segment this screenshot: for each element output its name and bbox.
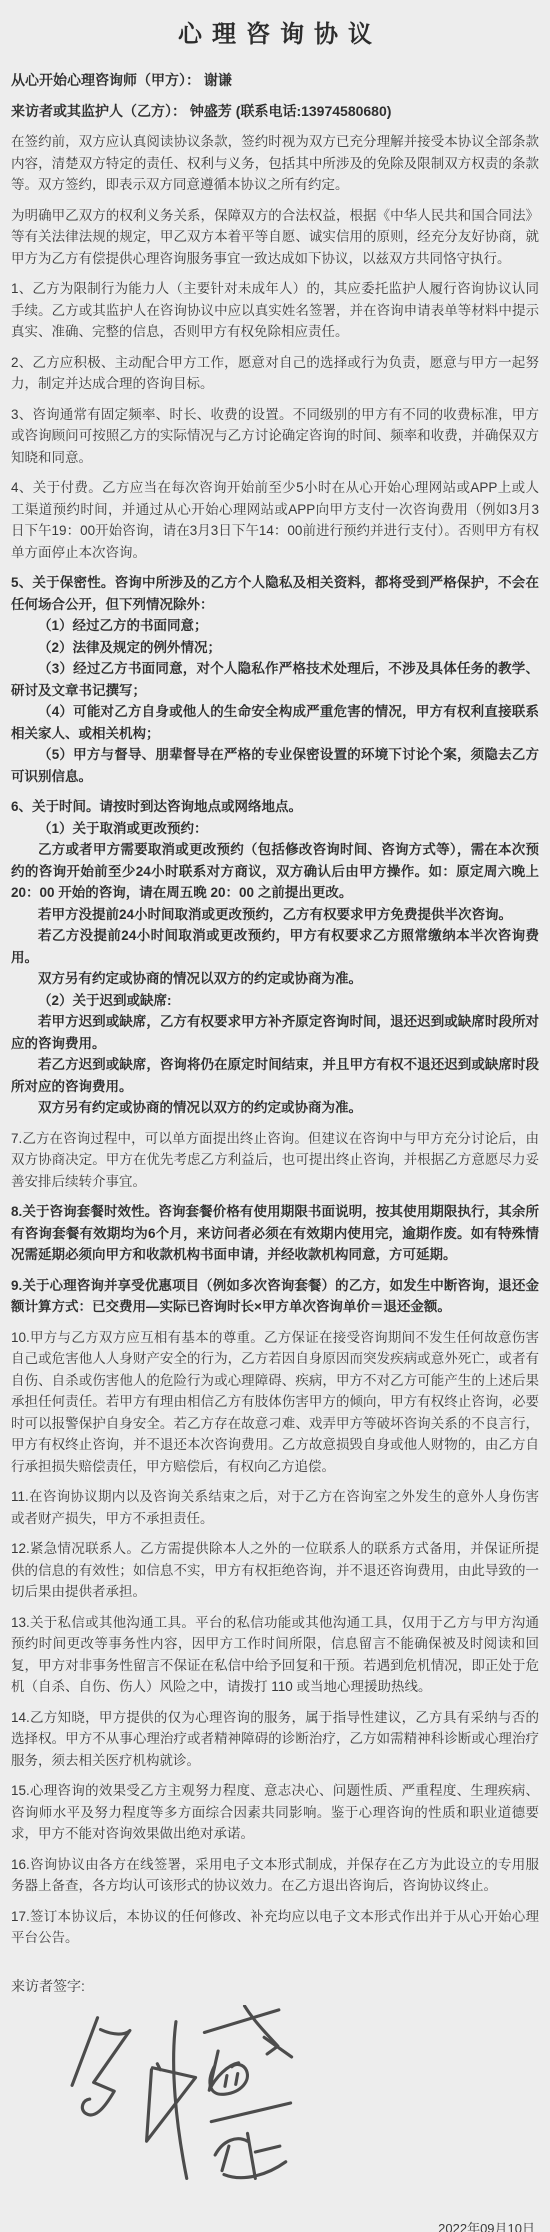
clause-paragraph: 1、乙方为限制行为能力人（主要针对未成年人）的，其应委托监护人履行咨询协议认同手… — [11, 278, 539, 343]
clause-paragraph: 11.在咨询协议期内以及咨询关系结束之后，对于乙方在咨询室之外发生的意外人身伤害… — [11, 1486, 539, 1529]
clause-paragraph: 15.心理咨询的效果受乙方主观努力程度、意志决心、问题性质、严重程度、生理疾病、… — [11, 1780, 539, 1845]
clause-paragraph: 5、关于保密性。咨询中所涉及的乙方个人隐私及相关资料，都将受到严格保护，不会在任… — [11, 572, 539, 615]
clause-paragraph: 若乙方迟到或缺席，咨询将仍在原定时间结束，并且甲方有权不退还迟到或缺席时段所对应… — [11, 1054, 539, 1097]
clause-paragraph: 在签约前，双方应认真阅读协议条款，签约时视为双方已充分理解并接受本协议全部条款内… — [11, 131, 539, 196]
party-b-line: 来访者或其监护人（乙方）： 钟盛芳 (联系电话:13974580680) — [11, 100, 539, 122]
clause-paragraph: 若乙方没提前24小时间取消或更改预约，甲方有权要求乙方照常缴纳本半次咨询费用。 — [11, 925, 539, 968]
clause-paragraph: 4、关于付费。乙方应当在每次咨询开始前至少5小时在从心开始心理网站或APP上或人… — [11, 477, 539, 563]
clause-paragraph: 7.乙方在咨询过程中，可以单方面提出终止咨询。但建议在咨询中与甲方充分讨论后，由… — [11, 1128, 539, 1193]
clause-paragraph: 12.紧急情况联系人。乙方需提供除本人之外的一位联系人的联系方式备用，并保证所提… — [11, 1538, 539, 1603]
clause-paragraph: （4）可能对乙方自身或他人的生命安全构成严重危害的情况，甲方有权利直接联系相关家… — [11, 701, 539, 744]
visitor-signature — [49, 2005, 301, 2203]
clause-paragraph: （2）法律及规定的例外情况； — [11, 637, 539, 659]
clause-paragraph: （1）关于取消或更改预约： — [11, 818, 539, 840]
clause-paragraph: 8.关于咨询套餐时效性。咨询套餐价格有使用期限书面说明，按其使用期限执行，其余所… — [11, 1201, 539, 1266]
clause-paragraph: 10.甲方与乙方双方应互相有基本的尊重。乙方保证在接受咨询期间不发生任何故意伤害… — [11, 1327, 539, 1478]
clause-paragraph: 6、关于时间。请按时到达咨询地点或网络地点。 — [11, 796, 539, 818]
party-a-line: 从心开始心理咨询师（甲方）： 谢谦 — [11, 69, 539, 91]
clause-paragraph: 若甲方没提前24小时间取消或更改预约，乙方有权要求甲方免费提供半次咨询。 — [11, 904, 539, 926]
clause-paragraph: 14.乙方知晓，甲方提供的仅为心理咨询的服务，属于指导性建议，乙方具有采纳与否的… — [11, 1707, 539, 1772]
clause-paragraph: 双方另有约定或协商的情况以双方的约定或协商为准。 — [11, 968, 539, 990]
agreement-body: 在签约前，双方应认真阅读协议条款，签约时视为双方已充分理解并接受本协议全部条款内… — [11, 131, 539, 1949]
clause-paragraph: （2）关于迟到或缺席: — [11, 990, 539, 1012]
clause-paragraph: 9.关于心理咨询并享受优惠项目（例如多次咨询套餐）的乙方，如发生中断咨询，退还金… — [11, 1275, 539, 1318]
handwritten-signature-strokes — [49, 2005, 299, 2201]
signature-date: 2022年09月10日 — [11, 2219, 535, 2232]
clause-paragraph: 乙方或者甲方需要取消或更改预约（包括修改咨询时间、咨询方式等），需在本次预约的咨… — [11, 839, 539, 904]
signature-label: 来访者签字: — [11, 1975, 539, 1997]
clause-paragraph: （1）经过乙方的书面同意； — [11, 615, 539, 637]
clause-paragraph: 3、咨询通常有固定频率、时长、收费的设置。不同级别的甲方有不同的收费标准，甲方或… — [11, 404, 539, 469]
agreement-document: 心理咨询协议 从心开始心理咨询师（甲方）： 谢谦 来访者或其监护人（乙方）： 钟… — [0, 0, 550, 2232]
clause-paragraph: （5）甲方与督导、朋辈督导在严格的专业保密设置的环境下讨论个案，须隐去乙方可识别… — [11, 744, 539, 787]
clause-paragraph: （3）经过乙方书面同意，对个人隐私作严格技术处理后，不涉及具体任务的教学、研讨及… — [11, 658, 539, 701]
page-title: 心理咨询协议 — [11, 14, 539, 49]
clause-paragraph: 16.咨询协议由各方在线签署，采用电子文本形式制成，并保存在乙方为此设立的专用服… — [11, 1854, 539, 1897]
clause-paragraph: 2、乙方应积极、主动配合甲方工作，愿意对自己的选择或行为负责，愿意与甲方一起努力… — [11, 352, 539, 395]
clause-paragraph: 双方另有约定或协商的情况以双方的约定或协商为准。 — [11, 1097, 539, 1119]
clause-paragraph: 13.关于私信或其他沟通工具。平台的私信功能或其他沟通工具，仅用于乙方与甲方沟通… — [11, 1612, 539, 1698]
clause-paragraph: 为明确甲乙双方的权利义务关系，保障双方的合法权益，根据《中华人民共和国合同法》等… — [11, 205, 539, 270]
clause-paragraph: 若甲方迟到或缺席，乙方有权要求甲方补齐原定咨询时间，退还迟到或缺席时段所对应的咨… — [11, 1011, 539, 1054]
clause-paragraph: 17.签订本协议后，本协议的任何修改、补充均应以电子文本形式作出并于从心开始心理… — [11, 1906, 539, 1949]
